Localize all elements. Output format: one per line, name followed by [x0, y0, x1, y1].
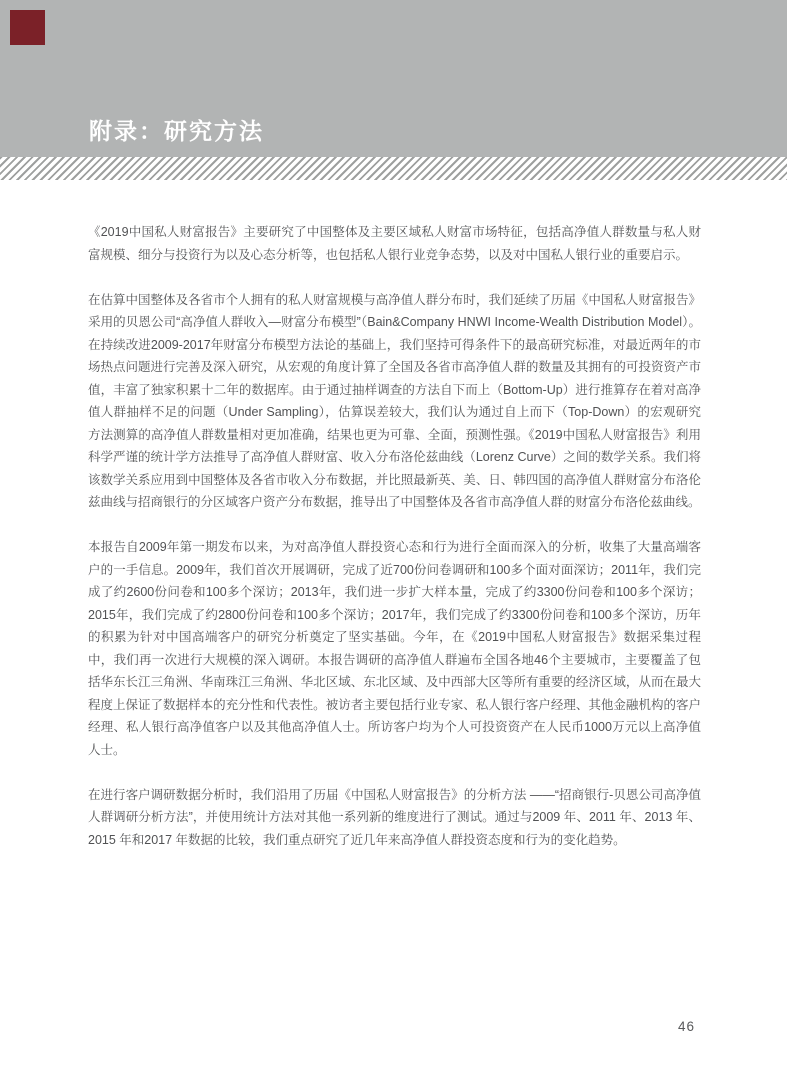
page-number: 46 — [678, 1019, 695, 1034]
paragraph-wealth-model: 在估算中国整体及各省市个人拥有的私人财富规模与高净值人群分布时，我们延续了历届《… — [88, 289, 701, 514]
diagonal-stripes-divider — [0, 157, 787, 180]
paragraph-analysis-method: 在进行客户调研数据分析时，我们沿用了历届《中国私人财富报告》的分析方法 ——“招… — [88, 784, 701, 852]
section-header-band: 附录：研究方法 — [0, 0, 787, 157]
section-title: 附录：研究方法 — [89, 119, 264, 144]
body-text-block: 《2019中国私人财富报告》主要研究了中国整体及主要区域私人财富市场特征，包括高… — [88, 221, 701, 874]
paragraph-survey-history: 本报告自2009年第一期发布以来，为对高净值人群投资心态和行为进行全面而深入的分… — [88, 536, 701, 761]
document-page: 附录：研究方法 《2019中国私人财富报告》主要研究了中国整体及主要区域私人财富… — [0, 0, 787, 1068]
paragraph-overview: 《2019中国私人财富报告》主要研究了中国整体及主要区域私人财富市场特征，包括高… — [88, 221, 701, 266]
brand-corner-square — [10, 10, 45, 45]
